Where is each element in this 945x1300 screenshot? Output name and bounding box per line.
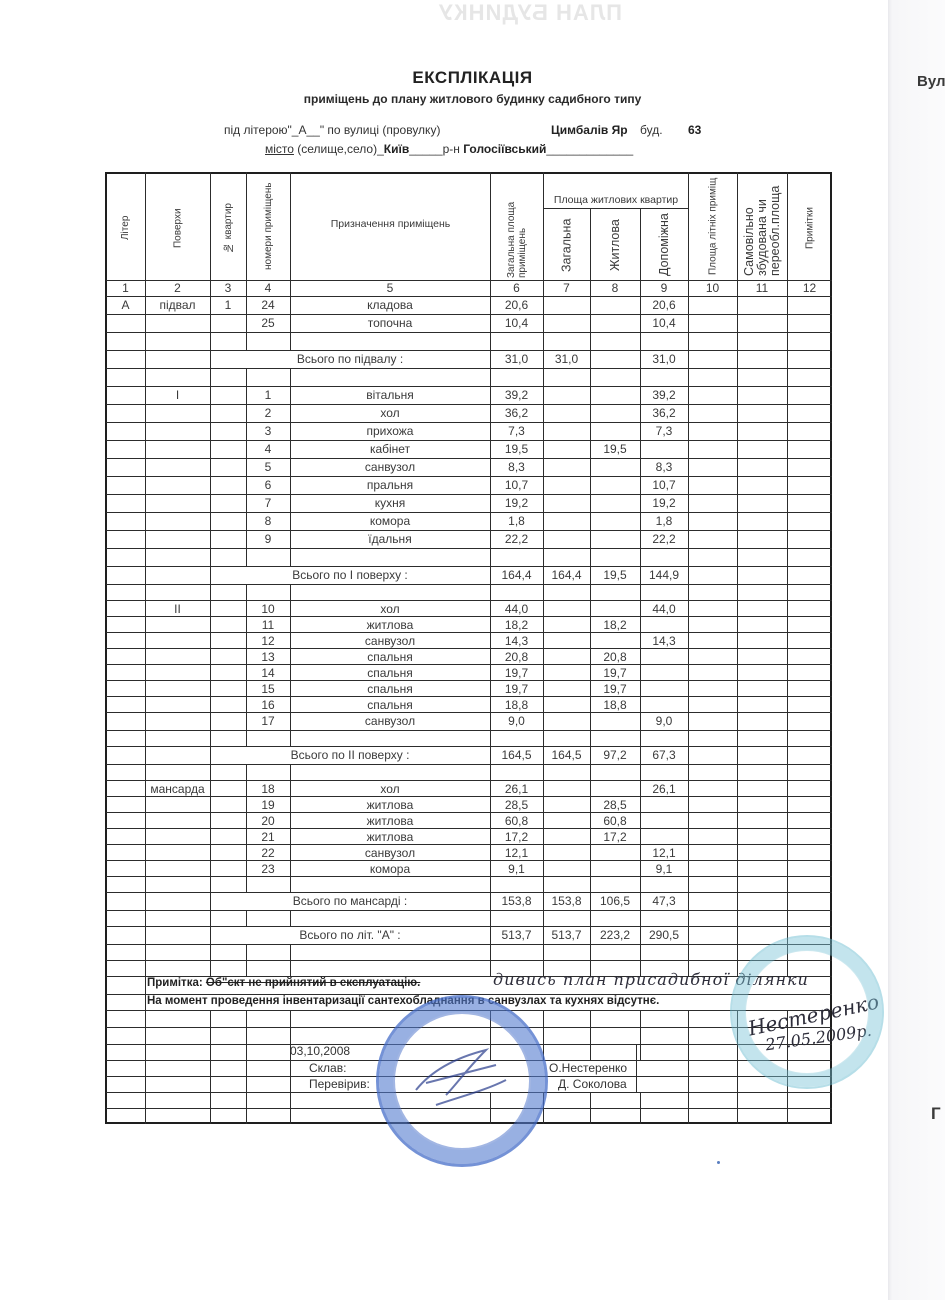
cell-liter: А bbox=[106, 297, 145, 315]
grid-line bbox=[787, 296, 788, 314]
grid-line bbox=[210, 476, 211, 494]
cell-total-area: 19,7 bbox=[490, 665, 543, 681]
column-number: 6 bbox=[490, 280, 543, 296]
grid-line bbox=[688, 350, 689, 368]
grid-line bbox=[210, 648, 211, 664]
grid-line bbox=[543, 828, 544, 844]
grid-line bbox=[210, 404, 211, 422]
grid-line bbox=[210, 600, 211, 616]
cell-room-purpose: хол bbox=[290, 405, 490, 423]
grid-line bbox=[688, 530, 689, 548]
cell-room-purpose: вітальня bbox=[290, 387, 490, 405]
grid-line bbox=[737, 812, 738, 828]
grid-line bbox=[787, 910, 788, 926]
grid-line bbox=[490, 172, 491, 280]
cell-auxiliary-area: 9,0 bbox=[640, 713, 688, 731]
cell-room-purpose: комора bbox=[290, 861, 490, 877]
grid-line bbox=[787, 796, 788, 812]
grid-line bbox=[543, 844, 544, 860]
cell-room-purpose: спальня bbox=[290, 697, 490, 713]
grid-line bbox=[590, 780, 591, 796]
grid-line bbox=[543, 632, 544, 648]
cell-auxiliary-area: 10,4 bbox=[640, 315, 688, 333]
cell-room-purpose: санвузол bbox=[290, 713, 490, 731]
cell-auxiliary-area: 44,0 bbox=[640, 601, 688, 617]
grid-line bbox=[210, 458, 211, 476]
grid-line bbox=[737, 696, 738, 712]
grid-line bbox=[145, 926, 146, 944]
grid-line bbox=[145, 1010, 146, 1027]
cell-room-purpose: кухня bbox=[290, 495, 490, 513]
cell-room-number: 20 bbox=[246, 813, 290, 829]
grid-line bbox=[737, 458, 738, 476]
cell-total-area: 39,2 bbox=[490, 387, 543, 405]
cell-floor: підвал bbox=[145, 297, 210, 315]
cell-living-area: 223,2 bbox=[590, 927, 640, 945]
grid-line bbox=[688, 404, 689, 422]
grid-line bbox=[543, 422, 544, 440]
grid-line bbox=[636, 1060, 637, 1076]
grid-line bbox=[290, 730, 291, 746]
grid-line bbox=[737, 796, 738, 812]
grid-line bbox=[246, 332, 247, 350]
cell-room-number: 9 bbox=[246, 531, 290, 549]
header-general: Загальна bbox=[544, 212, 590, 278]
grid-line bbox=[145, 1076, 146, 1092]
grid-line bbox=[145, 1027, 146, 1044]
grid-line bbox=[210, 494, 211, 512]
grid-line bbox=[490, 368, 491, 386]
column-number: 9 bbox=[640, 280, 688, 296]
grid-line bbox=[543, 404, 544, 422]
cell-room-number: 24 bbox=[246, 297, 290, 315]
grid-line bbox=[787, 696, 788, 712]
grid-line bbox=[640, 616, 641, 632]
cell-living-area: 19,7 bbox=[590, 681, 640, 697]
grid-line bbox=[640, 1010, 641, 1027]
grid-line bbox=[787, 386, 788, 404]
grid-line bbox=[590, 476, 591, 494]
grid-line bbox=[737, 584, 738, 600]
grid-line bbox=[590, 764, 591, 780]
grid-line bbox=[590, 404, 591, 422]
grid-line bbox=[210, 1044, 211, 1060]
grid-line bbox=[737, 600, 738, 616]
grid-line bbox=[145, 828, 146, 844]
grid-line bbox=[737, 350, 738, 368]
grid-line bbox=[210, 632, 211, 648]
grid-line bbox=[787, 584, 788, 600]
grid-line bbox=[246, 1027, 247, 1044]
grid-line bbox=[590, 844, 591, 860]
subtotal-label: Всього по І поверху : bbox=[210, 567, 490, 585]
grid-line bbox=[246, 944, 247, 960]
grid-line bbox=[246, 876, 247, 892]
grid-line bbox=[688, 386, 689, 404]
grid-line bbox=[210, 422, 211, 440]
grid-line bbox=[210, 368, 211, 386]
note-line-1: Примітка: Об"єкт не прийнятий в експлуат… bbox=[147, 977, 420, 989]
grid-line bbox=[145, 730, 146, 746]
grid-line bbox=[737, 1060, 738, 1076]
cell-room-number: 21 bbox=[246, 829, 290, 845]
grid-line bbox=[787, 764, 788, 780]
grid-line bbox=[787, 494, 788, 512]
grid-line bbox=[145, 1092, 146, 1108]
cell-room-purpose: кладова bbox=[290, 297, 490, 315]
grid-line bbox=[290, 584, 291, 600]
grid-line bbox=[688, 860, 689, 876]
grid-line bbox=[590, 944, 591, 960]
grid-line bbox=[640, 944, 641, 960]
grid-line bbox=[688, 1060, 689, 1076]
cell-room-purpose: спальня bbox=[290, 665, 490, 681]
faded-stamp bbox=[730, 935, 884, 1089]
note-label: Примітка: bbox=[147, 977, 203, 989]
grid-line bbox=[210, 1027, 211, 1044]
grid-line bbox=[246, 1108, 247, 1124]
cell-room-purpose: спальня bbox=[290, 649, 490, 665]
grid-line bbox=[145, 976, 146, 994]
cell-total-area: 10,4 bbox=[490, 315, 543, 333]
grid-line bbox=[737, 860, 738, 876]
grid-line bbox=[210, 796, 211, 812]
grid-line bbox=[145, 796, 146, 812]
grid-line bbox=[787, 730, 788, 746]
cell-total-area: 9,1 bbox=[490, 861, 543, 877]
grid-line bbox=[688, 332, 689, 350]
grid-line bbox=[787, 860, 788, 876]
cell-auxiliary-area: 10,7 bbox=[640, 477, 688, 495]
cell-total-area: 164,5 bbox=[490, 747, 543, 765]
grid-line bbox=[145, 494, 146, 512]
grid-line bbox=[543, 332, 544, 350]
grid-line bbox=[640, 1108, 641, 1124]
grid-line bbox=[688, 926, 689, 944]
cell-total-area: 36,2 bbox=[490, 405, 543, 423]
cell-auxiliary-area: 47,3 bbox=[640, 893, 688, 911]
cell-living-area: 106,5 bbox=[590, 893, 640, 911]
subtotal-label: Всього по мансарді : bbox=[210, 893, 490, 911]
grid-line bbox=[145, 994, 146, 1010]
cell-room-number: 18 bbox=[246, 781, 290, 797]
grid-line bbox=[490, 876, 491, 892]
grid-line bbox=[210, 512, 211, 530]
cell-auxiliary-area: 144,9 bbox=[640, 567, 688, 585]
grid-line bbox=[688, 648, 689, 664]
grid-line bbox=[688, 876, 689, 892]
grid-line bbox=[145, 746, 146, 764]
grid-line bbox=[543, 512, 544, 530]
cell-room-purpose: санвузол bbox=[290, 459, 490, 477]
grid-line bbox=[787, 440, 788, 458]
grid-line bbox=[145, 440, 146, 458]
grid-line bbox=[210, 910, 211, 926]
cell-room-purpose: топочна bbox=[290, 315, 490, 333]
grid-line bbox=[290, 1108, 291, 1124]
grid-line bbox=[210, 332, 211, 350]
cell-total-area: 513,7 bbox=[490, 927, 543, 945]
grid-line bbox=[737, 314, 738, 332]
grid-line bbox=[688, 440, 689, 458]
grid-line bbox=[640, 696, 641, 712]
grid-line bbox=[737, 404, 738, 422]
grid-line bbox=[145, 712, 146, 730]
grid-line bbox=[688, 422, 689, 440]
grid-line bbox=[543, 648, 544, 664]
grid-line bbox=[787, 600, 788, 616]
grid-line bbox=[590, 422, 591, 440]
grid-line bbox=[688, 368, 689, 386]
grid-line bbox=[640, 548, 641, 566]
grid-line bbox=[490, 944, 491, 960]
grid-line bbox=[787, 680, 788, 696]
grid-line bbox=[737, 764, 738, 780]
checked-name: Д. Соколова bbox=[558, 1077, 627, 1091]
header-auxiliary: Допоміжна bbox=[641, 212, 688, 278]
cell-living-area: 18,2 bbox=[590, 617, 640, 633]
grid-line bbox=[246, 910, 247, 926]
grid-line bbox=[543, 368, 544, 386]
header-room-numbers: номери приміщень bbox=[247, 175, 290, 278]
cell-room-purpose: житлова bbox=[290, 813, 490, 829]
grid-line bbox=[590, 584, 591, 600]
column-number: 3 bbox=[210, 280, 246, 296]
grid-line bbox=[688, 296, 689, 314]
grid-line bbox=[145, 548, 146, 566]
grid-line bbox=[688, 494, 689, 512]
cell-total-area: 164,4 bbox=[490, 567, 543, 585]
cell-room-number: 8 bbox=[246, 513, 290, 531]
grid-line bbox=[688, 712, 689, 730]
grid-line bbox=[543, 458, 544, 476]
grid-line bbox=[590, 600, 591, 616]
grid-line bbox=[787, 1092, 788, 1108]
grid-line bbox=[640, 796, 641, 812]
grid-line bbox=[590, 314, 591, 332]
grid-line bbox=[290, 960, 291, 976]
grid-line bbox=[590, 368, 591, 386]
grid-line bbox=[590, 860, 591, 876]
cell-room-purpose: спальня bbox=[290, 681, 490, 697]
column-number: 12 bbox=[787, 280, 832, 296]
grid-line bbox=[737, 746, 738, 764]
grid-line bbox=[688, 764, 689, 780]
grid-line bbox=[787, 892, 788, 910]
cell-living-area: 18,8 bbox=[590, 697, 640, 713]
grid-line bbox=[145, 1044, 146, 1060]
grid-line bbox=[737, 296, 738, 314]
cell-room-purpose: санвузол bbox=[290, 845, 490, 861]
grid-line bbox=[688, 1076, 689, 1092]
grid-line bbox=[145, 422, 146, 440]
cell-room-purpose: пральня bbox=[290, 477, 490, 495]
grid-line bbox=[787, 368, 788, 386]
grid-line bbox=[688, 892, 689, 910]
grid-line bbox=[737, 616, 738, 632]
grid-line bbox=[210, 876, 211, 892]
cell-floor: II bbox=[145, 601, 210, 617]
grid-line bbox=[543, 910, 544, 926]
grid-line bbox=[145, 616, 146, 632]
grid-line bbox=[737, 566, 738, 584]
grid-line bbox=[543, 860, 544, 876]
grid-line bbox=[145, 530, 146, 548]
grid-line bbox=[145, 876, 146, 892]
grid-line bbox=[636, 1044, 637, 1060]
cell-total-area: 28,5 bbox=[490, 797, 543, 813]
cell-room-number: 15 bbox=[246, 681, 290, 697]
grid-line bbox=[290, 764, 291, 780]
grid-line bbox=[210, 386, 211, 404]
grid-line bbox=[210, 314, 211, 332]
cell-room-purpose: житлова bbox=[290, 797, 490, 813]
cell-room-purpose: житлова bbox=[290, 829, 490, 845]
grid-line bbox=[490, 730, 491, 746]
grid-line bbox=[106, 960, 832, 961]
cell-room-number: 12 bbox=[246, 633, 290, 649]
grid-line bbox=[640, 440, 641, 458]
grid-line bbox=[543, 1027, 544, 1044]
grid-line bbox=[688, 616, 689, 632]
grid-line bbox=[145, 512, 146, 530]
grid-line bbox=[737, 1092, 738, 1108]
grid-line bbox=[246, 730, 247, 746]
grid-line bbox=[590, 632, 591, 648]
grid-line bbox=[688, 1092, 689, 1108]
cell-total-area: 31,0 bbox=[490, 351, 543, 369]
grid-line bbox=[543, 696, 544, 712]
cell-living-area: 19,7 bbox=[590, 665, 640, 681]
grid-line bbox=[688, 680, 689, 696]
grid-line bbox=[290, 1010, 291, 1027]
grid-line bbox=[246, 960, 247, 976]
cell-room-number: 1 bbox=[246, 387, 290, 405]
grid-line bbox=[737, 844, 738, 860]
grid-line bbox=[246, 584, 247, 600]
cell-room-number: 4 bbox=[246, 441, 290, 459]
grid-line bbox=[787, 780, 788, 796]
grid-line bbox=[210, 548, 211, 566]
grid-line bbox=[688, 780, 689, 796]
cell-apartment: 1 bbox=[210, 297, 246, 315]
cell-total-area: 44,0 bbox=[490, 601, 543, 617]
grid-line bbox=[787, 314, 788, 332]
cell-total-area: 22,2 bbox=[490, 531, 543, 549]
grid-line bbox=[145, 892, 146, 910]
grid-line bbox=[787, 512, 788, 530]
cell-room-number: 13 bbox=[246, 649, 290, 665]
grid-line bbox=[246, 368, 247, 386]
cell-auxiliary-area: 31,0 bbox=[640, 351, 688, 369]
grid-line bbox=[737, 386, 738, 404]
header-total-area: Загальна площа приміщень bbox=[496, 176, 538, 278]
grid-line bbox=[210, 780, 211, 796]
cell-total-area: 19,7 bbox=[490, 681, 543, 697]
grid-line bbox=[210, 680, 211, 696]
grid-line bbox=[543, 764, 544, 780]
cell-total-area: 26,1 bbox=[490, 781, 543, 797]
grid-line bbox=[787, 422, 788, 440]
grid-line bbox=[210, 584, 211, 600]
grid-line bbox=[640, 664, 641, 680]
cell-room-number: 5 bbox=[246, 459, 290, 477]
grid-line bbox=[688, 476, 689, 494]
compiled-name: О.Нестеренко bbox=[549, 1061, 627, 1075]
cell-total-area: 8,3 bbox=[490, 459, 543, 477]
grid-line bbox=[543, 530, 544, 548]
cell-total-area: 19,5 bbox=[490, 441, 543, 459]
grid-line bbox=[490, 332, 491, 350]
cell-auxiliary-area: 39,2 bbox=[640, 387, 688, 405]
grid-line bbox=[590, 350, 591, 368]
cell-total-area: 12,1 bbox=[490, 845, 543, 861]
header-living: Житлова bbox=[591, 212, 640, 278]
cell-room-number: 17 bbox=[246, 713, 290, 731]
grid-line bbox=[590, 386, 591, 404]
grid-line bbox=[640, 876, 641, 892]
grid-line bbox=[688, 1044, 689, 1060]
grid-line bbox=[590, 712, 591, 730]
note-struck-text: Об"єкт не прийнятий в експлуатацію. bbox=[206, 977, 420, 989]
cell-room-number: 11 bbox=[246, 617, 290, 633]
header-notes: Примітки bbox=[788, 178, 832, 278]
cell-floor: мансарда bbox=[145, 781, 210, 797]
cell-total-area: 20,8 bbox=[490, 649, 543, 665]
grid-line bbox=[590, 530, 591, 548]
grid-line bbox=[787, 828, 788, 844]
grid-line bbox=[543, 876, 544, 892]
cell-total-area: 14,3 bbox=[490, 633, 543, 649]
grid-line bbox=[787, 458, 788, 476]
grid-line bbox=[737, 910, 738, 926]
grid-line bbox=[688, 632, 689, 648]
grid-line bbox=[290, 876, 291, 892]
grid-line bbox=[737, 530, 738, 548]
cell-room-number: 16 bbox=[246, 697, 290, 713]
grid-line bbox=[737, 680, 738, 696]
cell-auxiliary-area: 14,3 bbox=[640, 633, 688, 649]
grid-line bbox=[688, 1027, 689, 1044]
grid-line bbox=[688, 314, 689, 332]
grid-line bbox=[640, 764, 641, 780]
grid-line bbox=[737, 332, 738, 350]
grid-line bbox=[290, 944, 291, 960]
cell-auxiliary-area: 7,3 bbox=[640, 423, 688, 441]
grid-line bbox=[210, 712, 211, 730]
cell-auxiliary-area: 8,3 bbox=[640, 459, 688, 477]
grid-line bbox=[787, 350, 788, 368]
cell-auxiliary-area: 290,5 bbox=[640, 927, 688, 945]
cell-living-area: 60,8 bbox=[590, 813, 640, 829]
grid-line bbox=[688, 844, 689, 860]
grid-line bbox=[590, 876, 591, 892]
grid-line bbox=[543, 548, 544, 566]
grid-line bbox=[737, 648, 738, 664]
grid-line bbox=[787, 566, 788, 584]
grid-line bbox=[543, 208, 688, 209]
cell-room-number: 25 bbox=[246, 315, 290, 333]
grid-line bbox=[737, 828, 738, 844]
grid-line bbox=[636, 1076, 637, 1092]
grid-line bbox=[688, 796, 689, 812]
cell-room-number: 19 bbox=[246, 797, 290, 813]
grid-line bbox=[543, 584, 544, 600]
column-number: 11 bbox=[737, 280, 787, 296]
grid-line bbox=[737, 730, 738, 746]
grid-line bbox=[787, 1108, 788, 1124]
grid-line bbox=[688, 584, 689, 600]
